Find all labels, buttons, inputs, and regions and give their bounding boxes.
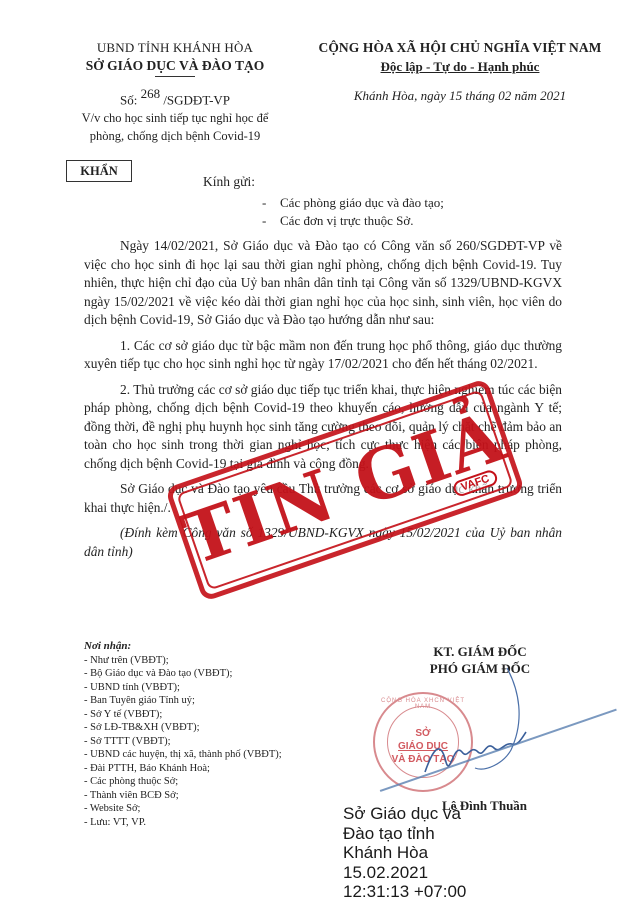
distribution-item: - Website Sở; [84, 802, 282, 816]
distribution-item: - Sở TTTT (VBĐT); [84, 735, 282, 749]
addressee-list: -Các phòng giáo dục và đào tạo; -Các đơn… [262, 194, 444, 230]
distribution-title: Nơi nhận: [84, 640, 282, 654]
body-paragraph: 1. Các cơ sở giáo dục từ bậc mầm non đến… [84, 337, 562, 374]
handwritten-signature-icon [420, 722, 530, 782]
national-header: CỘNG HÒA XÃ HỘI CHỦ NGHĨA VIỆT NAM Độc l… [295, 40, 625, 104]
digital-signature-line: 12:31:13 +07:00 [343, 882, 466, 902]
issuer-header: UBND TỈNH KHÁNH HÒA SỞ GIÁO DỤC VÀ ĐÀO T… [60, 40, 290, 144]
place-date: Khánh Hòa, ngày 15 tháng 02 năm 2021 [295, 88, 625, 104]
distribution-item: - Các phòng thuộc Sở; [84, 775, 282, 789]
doc-number-prefix: Số: [120, 92, 137, 107]
distribution-item: - Sở LĐ-TB&XH (VBĐT); [84, 721, 282, 735]
agency-name: UBND TỈNH KHÁNH HÒA [60, 40, 290, 56]
document-number: Số: 268 /SGDĐT-VP [60, 87, 290, 108]
national-title: CỘNG HÒA XÃ HỘI CHỦ NGHĨA VIỆT NAM [295, 40, 625, 56]
signature-title-line-1: KT. GIÁM ĐỐC [400, 643, 560, 660]
distribution-item: - Lưu: VT, VP. [84, 816, 282, 830]
distribution-item: - UBND các huyện, thị xã, thành phố (VBĐ… [84, 748, 282, 762]
distribution-item: - Như trên (VBĐT); [84, 654, 282, 668]
distribution-item: - Bộ Giáo dục và Đào tạo (VBĐT); [84, 667, 282, 681]
doc-number-suffix: /SGDĐT-VP [163, 92, 230, 107]
digital-signature-line: Đào tạo tỉnh [343, 824, 466, 844]
body-paragraph: Ngày 14/02/2021, Sở Giáo dục và Đào tạo … [84, 237, 562, 330]
digital-signature-line: Sở Giáo dục và [343, 804, 466, 824]
subject-line-2: phòng, chống dịch bệnh Covid-19 [60, 128, 290, 144]
doc-number-value: 268 [141, 86, 161, 101]
distribution-item: - Sở Y tế (VBĐT); [84, 708, 282, 722]
digital-signature-line: 15.02.2021 [343, 863, 466, 883]
digital-signature-line: Khánh Hòa [343, 843, 466, 863]
addressee-greeting: Kính gửi: [203, 174, 255, 190]
distribution-list: Nơi nhận: - Như trên (VBĐT); - Bộ Giáo d… [84, 640, 282, 829]
subject-line-1: V/v cho học sinh tiếp tục nghỉ học để [60, 110, 290, 126]
distribution-item: - Thành viên BCĐ Sở; [84, 789, 282, 803]
digital-signature-stamp: Sở Giáo dục và Đào tạo tỉnh Khánh Hòa 15… [343, 804, 466, 902]
header-underline [155, 76, 195, 77]
addressee-item: -Các đơn vị trực thuộc Sở. [262, 212, 444, 230]
distribution-item: - Đài PTTH, Báo Khánh Hoà; [84, 762, 282, 776]
urgency-box: KHẨN [66, 160, 132, 182]
department-name: SỞ GIÁO DỤC VÀ ĐÀO TẠO [60, 58, 290, 74]
distribution-item: - Ban Tuyên giáo Tỉnh uỷ; [84, 694, 282, 708]
addressee-item: -Các phòng giáo dục và đào tạo; [262, 194, 444, 212]
distribution-item: - UBND tỉnh (VBĐT); [84, 681, 282, 695]
national-motto: Độc lập - Tự do - Hạnh phúc [295, 59, 625, 75]
